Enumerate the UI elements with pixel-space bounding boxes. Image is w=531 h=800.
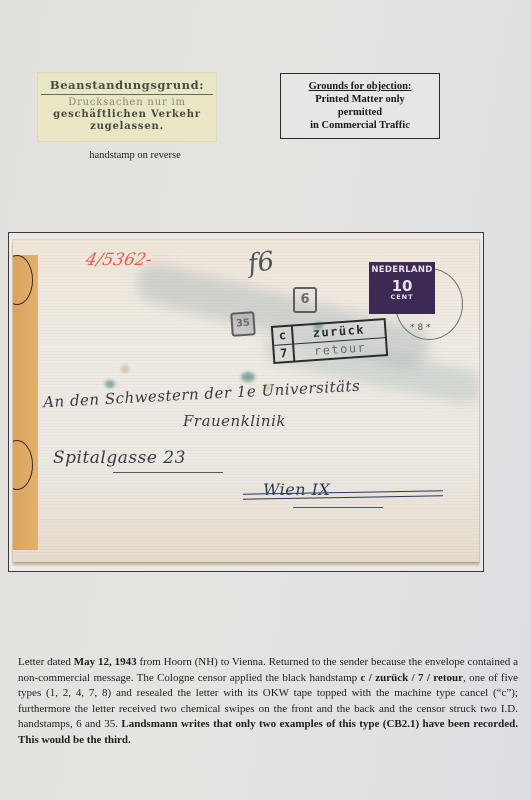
envelope-cover: 4/5362- f6 * 8 * NEDERLAND 10 CENT 6 35 … bbox=[13, 240, 479, 562]
address-underline bbox=[113, 472, 223, 473]
postmark-text: * 8 * bbox=[410, 323, 430, 333]
machine-cancel-mark bbox=[13, 255, 33, 305]
handstamp-title: Beanstandungsgrund: bbox=[41, 78, 213, 95]
description-bold-text: c / zurück / 7 / retour bbox=[361, 672, 463, 684]
retour-handstamp: c zurück 7 retour bbox=[271, 318, 388, 364]
address-line: Spitalgasse 23 bbox=[53, 448, 186, 468]
description-bold-text: May 12, 1943 bbox=[74, 656, 137, 668]
handstamp-image: Beanstandungsgrund: Drucksachen nur im g… bbox=[37, 72, 217, 142]
handstamp-line: zugelassen. bbox=[37, 121, 217, 133]
translation-title: Grounds for objection: bbox=[281, 80, 439, 93]
postage-stamp: NEDERLAND 10 CENT bbox=[369, 262, 435, 314]
censor-tape bbox=[13, 255, 38, 550]
retour-type-letter: c bbox=[273, 327, 294, 345]
stain bbox=[105, 380, 115, 388]
address-line: An den Schwestern der 1e Universitäts bbox=[43, 377, 361, 412]
stain bbox=[121, 365, 129, 373]
stamp-unit: CENT bbox=[369, 293, 435, 301]
translation-line: permitted bbox=[281, 106, 439, 119]
translation-line: Printed Matter only bbox=[281, 93, 439, 106]
retour-type-number: 7 bbox=[274, 344, 295, 362]
translation-line: in Commercial Traffic bbox=[281, 119, 439, 132]
id-handstamp-6: 6 bbox=[293, 287, 317, 313]
translation-box: Grounds for objection: Printed Matter on… bbox=[280, 73, 440, 139]
description-text: Letter dated bbox=[18, 656, 74, 668]
pencil-mark: f6 bbox=[246, 246, 276, 279]
handstamp-line: Drucksachen nur im bbox=[37, 97, 217, 109]
handstamp-line: geschäftlichen Verkehr bbox=[37, 109, 217, 121]
address-underline bbox=[293, 507, 383, 508]
description-paragraph: Letter dated May 12, 1943 from Hoorn (NH… bbox=[18, 655, 518, 748]
machine-cancel-mark bbox=[13, 440, 33, 490]
id-handstamp-35: 35 bbox=[230, 311, 256, 337]
stain bbox=[241, 372, 255, 382]
stamp-value: 10 bbox=[369, 279, 435, 293]
red-crayon-number: 4/5362- bbox=[84, 250, 154, 270]
address-line: Frauenklinik bbox=[183, 412, 286, 430]
handstamp-caption: handstamp on reverse bbox=[60, 150, 210, 161]
stamp-country: NEDERLAND bbox=[369, 265, 435, 275]
